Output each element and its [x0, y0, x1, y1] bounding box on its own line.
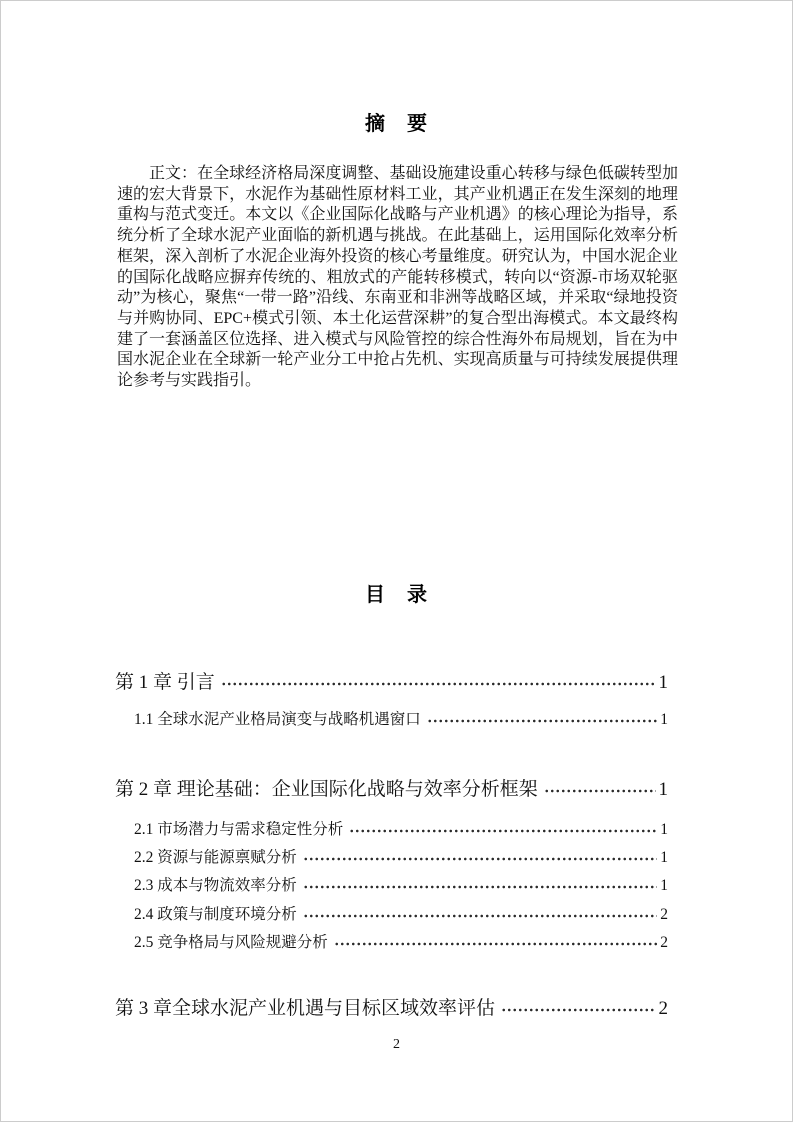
toc-entry-label: 2.1 市场潜力与需求稳定性分析 — [134, 817, 343, 839]
dot-leader — [303, 875, 657, 895]
toc-entry-label: 2.4 政策与制度环境分析 — [134, 902, 297, 924]
toc-entry-page: 2 — [660, 934, 668, 952]
dot-leader — [303, 847, 657, 867]
toc-entry-page: 1 — [660, 711, 668, 729]
dot-leader — [544, 777, 656, 801]
toc-title: 目 录 — [1, 578, 792, 607]
toc-entry-label: 第 3 章全球水泥产业机遇与目标区域效率评估 — [115, 993, 495, 1020]
toc-entry-page: 1 — [660, 877, 668, 895]
toc-entry-chapter-1: 第 1 章 引言 1 — [115, 670, 668, 694]
toc-entry-chapter-2: 第 2 章 理论基础：企业国际化战略与效率分析框架 1 — [115, 777, 668, 801]
toc-entry-label: 2.2 资源与能源禀赋分析 — [134, 845, 297, 867]
toc-entry-label: 1.1 全球水泥产业格局演变与战略机遇窗口 — [134, 707, 421, 729]
dot-leader — [427, 709, 657, 729]
toc-entry-page: 2 — [660, 906, 668, 924]
abstract-paragraph: 正文：在全球经济格局深度调整、基础设施建设重心转移与绿色低碳转型加速的宏大背景下… — [117, 164, 678, 392]
dot-leader — [303, 904, 657, 924]
dot-leader — [334, 932, 657, 952]
document-page: 摘 要 正文：在全球经济格局深度调整、基础设施建设重心转移与绿色低碳转型加速的宏… — [0, 0, 793, 1122]
toc-entry-section-2-3: 2.3 成本与物流效率分析 1 — [134, 875, 668, 895]
toc-entry-section-1-1: 1.1 全球水泥产业格局演变与战略机遇窗口 1 — [134, 709, 668, 729]
toc-entry-section-2-2: 2.2 资源与能源禀赋分析 1 — [134, 847, 668, 867]
footer-page-number: 2 — [1, 1037, 792, 1053]
toc-entry-label: 2.5 竞争格局与风险规避分析 — [134, 930, 328, 952]
dot-leader — [221, 670, 656, 694]
toc-entry-section-2-4: 2.4 政策与制度环境分析 2 — [134, 904, 668, 924]
toc-entry-page: 1 — [659, 779, 669, 801]
toc-entry-chapter-3: 第 3 章全球水泥产业机遇与目标区域效率评估 2 — [115, 996, 668, 1020]
toc-entry-page: 1 — [660, 821, 668, 839]
toc-entry-page: 1 — [660, 849, 668, 867]
toc-entry-page: 1 — [659, 672, 669, 694]
toc-entry-page: 2 — [659, 998, 669, 1020]
toc-entry-label: 2.3 成本与物流效率分析 — [134, 873, 297, 895]
toc-entry-section-2-5: 2.5 竞争格局与风险规避分析 2 — [134, 932, 668, 952]
toc-entry-label: 第 1 章 引言 — [115, 667, 215, 694]
toc-entry-section-2-1: 2.1 市场潜力与需求稳定性分析 1 — [134, 819, 668, 839]
abstract-title: 摘 要 — [1, 107, 792, 136]
toc-entry-label: 第 2 章 理论基础：企业国际化战略与效率分析框架 — [115, 774, 538, 801]
dot-leader — [349, 819, 657, 839]
dot-leader — [501, 996, 655, 1020]
